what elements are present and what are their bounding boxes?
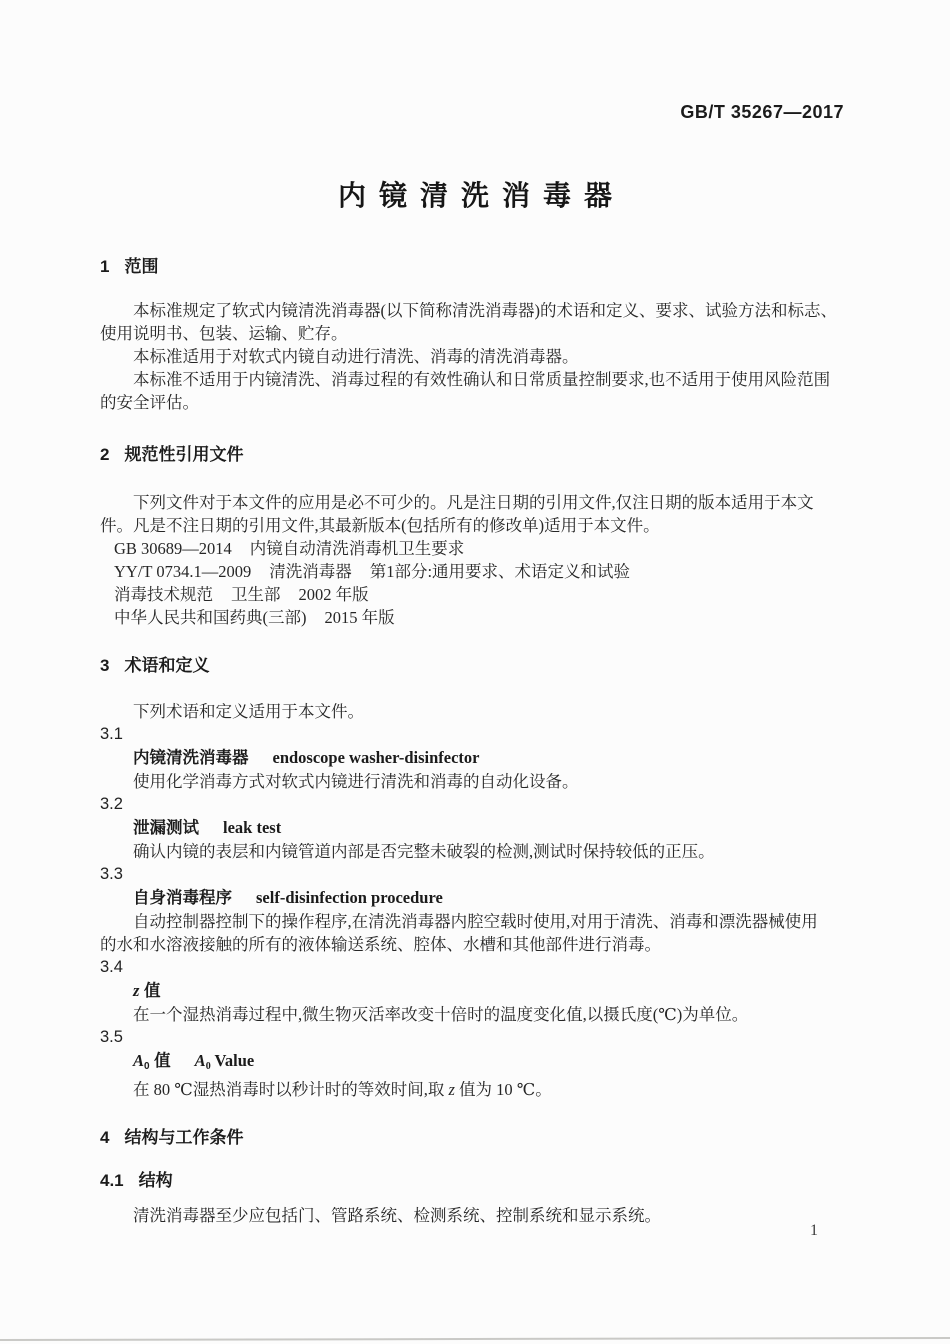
text-run: A xyxy=(195,1051,206,1070)
term-english: leak test xyxy=(223,818,281,837)
paragraph-line: 本标准适用于对软式内镜自动进行清洗、消毒的清洗消毒器。 xyxy=(100,345,860,368)
term-number: 3.4 xyxy=(100,956,860,979)
reference-segment: 清洗消毒器 xyxy=(269,562,352,581)
paragraph-line: 清洗消毒器至少应包括门、管路系统、检测系统、控制系统和显示系统。 xyxy=(100,1204,860,1227)
reference-entry: 消毒技术规范卫生部2002 年版 xyxy=(100,583,860,606)
term-heading: z 值 xyxy=(100,979,860,1003)
section-title: 规范性引用文件 xyxy=(124,445,243,464)
text-run: Value xyxy=(211,1051,255,1070)
reference-entry: GB 30689—2014内镜自动清洗消毒机卫生要求 xyxy=(100,537,860,560)
reference-segment: 第1部分:通用要求、术语定义和试验 xyxy=(370,562,630,581)
section-title: 结构与工作条件 xyxy=(124,1128,243,1147)
term-english: endoscope washer-disinfector xyxy=(273,748,480,767)
page-content: 1范围 本标准规定了软式内镜清洗消毒器(以下简称清洗消毒器)的术语和定义、要求、… xyxy=(100,255,860,1227)
text-run: 内镜清洗消毒器 xyxy=(133,749,249,767)
text-run: 使用化学消毒方式对软式内镜进行清洗和消毒的自动化设备。 xyxy=(133,772,579,791)
term-chinese: 泄漏测试 xyxy=(133,819,199,837)
text-run: endoscope washer-disinfector xyxy=(273,748,480,767)
term-chinese: 自身消毒程序 xyxy=(133,889,232,907)
section-heading: 1范围 xyxy=(100,255,860,278)
section-number: 2 xyxy=(100,445,109,464)
text-run: 泄漏测试 xyxy=(133,819,199,837)
reference-segment: 卫生部 xyxy=(231,585,281,604)
paragraph-line: 本标准规定了软式内镜清洗消毒器(以下简称清洗消毒器)的术语和定义、要求、试验方法… xyxy=(100,299,860,322)
text-run: 值 xyxy=(139,982,160,1000)
term-heading: 内镜清洗消毒器endoscope washer-disinfector xyxy=(100,746,860,770)
standard-code: GB/T 35267—2017 xyxy=(0,0,950,124)
term-definition-line: 自动控制器控制下的操作程序,在清洗消毒器内腔空载时使用,对用于清洗、消毒和漂洗器… xyxy=(100,910,860,933)
section-normative-references: 2规范性引用文件 下列文件对于本文件的应用是必不可少的。凡是注日期的引用文件,仅… xyxy=(100,443,860,629)
reference-segment: YY/T 0734.1—2009 xyxy=(114,562,251,581)
text-run: 确认内镜的表层和内镜管道内部是否完整未破裂的检测,测试时保持较低的正压。 xyxy=(133,842,715,861)
term-definition-line: 使用化学消毒方式对软式内镜进行清洗和消毒的自动化设备。 xyxy=(100,770,860,793)
scope-paragraphs: 本标准规定了软式内镜清洗消毒器(以下简称清洗消毒器)的术语和定义、要求、试验方法… xyxy=(100,299,860,414)
section-number: 4 xyxy=(100,1128,109,1147)
term-english: self-disinfection procedure xyxy=(256,888,443,907)
reference-segment: 2015 年版 xyxy=(325,608,395,627)
section-heading: 2规范性引用文件 xyxy=(100,443,860,466)
paragraph-line: 下列文件对于本文件的应用是必不可少的。凡是注日期的引用文件,仅注日期的版本适用于… xyxy=(100,491,860,514)
term-definition-line: 确认内镜的表层和内镜管道内部是否完整未破裂的检测,测试时保持较低的正压。 xyxy=(100,840,860,863)
subsection-heading: 4.1结构 xyxy=(100,1169,860,1192)
section-number: 1 xyxy=(100,257,109,276)
standard-page: GB/T 35267—2017 内镜清洗消毒器 1范围 本标准规定了软式内镜清洗… xyxy=(0,0,950,1344)
terms-body: 下列术语和定义适用于本文件。 3.1内镜清洗消毒器endoscope washe… xyxy=(100,700,860,1101)
term-heading: A0 值A0 Value xyxy=(100,1049,860,1078)
text-run: 在一个湿热消毒过程中,微生物灭活率改变十倍时的温度变化值,以摄氏度(℃)为单位。 xyxy=(133,1005,748,1024)
text-run: 在 80 ℃湿热消毒时以秒计时的等效时间,取 xyxy=(133,1080,448,1099)
terms-intro: 下列术语和定义适用于本文件。 xyxy=(100,700,860,723)
text-run: 值为 10 ℃。 xyxy=(455,1080,552,1099)
reference-segment: GB 30689—2014 xyxy=(114,539,232,558)
paragraph-line: 使用说明书、包装、运输、贮存。 xyxy=(100,322,860,345)
references-body: 下列文件对于本文件的应用是必不可少的。凡是注日期的引用文件,仅注日期的版本适用于… xyxy=(100,491,860,629)
text-run: 自身消毒程序 xyxy=(133,889,232,907)
page-number: 1 xyxy=(810,1219,818,1242)
term-chinese: 内镜清洗消毒器 xyxy=(133,749,249,767)
term-number: 3.3 xyxy=(100,863,860,886)
paragraph-line: 件。凡是不注日期的引用文件,其最新版本(包括所有的修改单)适用于本文件。 xyxy=(100,514,860,537)
section-structure: 4结构与工作条件 4.1结构 清洗消毒器至少应包括门、管路系统、检测系统、控制系… xyxy=(100,1126,860,1227)
section-title: 术语和定义 xyxy=(124,656,209,675)
term-number: 3.2 xyxy=(100,793,860,816)
reference-segment: 消毒技术规范 xyxy=(114,585,213,604)
text-run: 值 xyxy=(150,1052,171,1070)
term-chinese: A0 值 xyxy=(133,1052,171,1070)
term-heading: 泄漏测试leak test xyxy=(100,816,860,840)
reference-segment: 内镜自动清洗消毒机卫生要求 xyxy=(250,539,465,558)
section-title: 范围 xyxy=(124,257,158,276)
section-terms-definitions: 3术语和定义 下列术语和定义适用于本文件。 3.1内镜清洗消毒器endoscop… xyxy=(100,654,860,1101)
section-heading: 3术语和定义 xyxy=(100,654,860,677)
text-run: 自动控制器控制下的操作程序,在清洗消毒器内腔空载时使用,对用于清洗、消毒和漂洗器… xyxy=(133,912,818,931)
term-definition-line: 在 80 ℃湿热消毒时以秒计时的等效时间,取 z 值为 10 ℃。 xyxy=(100,1078,860,1101)
text-run: 的水和水溶液接触的所有的液体输送系统、腔体、水槽和其他部件进行消毒。 xyxy=(100,935,661,954)
paragraph-line: 的安全评估。 xyxy=(100,391,860,414)
reference-segment: 中华人民共和国药典(三部) xyxy=(114,608,307,627)
document-title: 内镜清洗消毒器 xyxy=(0,178,950,214)
text-run: self-disinfection procedure xyxy=(256,888,443,907)
term-number: 3.5 xyxy=(100,1026,860,1049)
term-number: 3.1 xyxy=(100,723,860,746)
paragraph-line: 本标准不适用于内镜清洗、消毒过程的有效性确认和日常质量控制要求,也不适用于使用风… xyxy=(100,368,860,391)
term-heading: 自身消毒程序self-disinfection procedure xyxy=(100,886,860,910)
term-definition-line: 在一个湿热消毒过程中,微生物灭活率改变十倍时的温度变化值,以摄氏度(℃)为单位。 xyxy=(100,1003,860,1026)
term-chinese: z 值 xyxy=(133,982,161,1000)
reference-segment: 2002 年版 xyxy=(299,585,369,604)
text-run: leak test xyxy=(223,818,281,837)
reference-entry: 中华人民共和国药典(三部)2015 年版 xyxy=(100,606,860,629)
terms-list: 3.1内镜清洗消毒器endoscope washer-disinfector使用… xyxy=(100,723,860,1101)
reference-entry: YY/T 0734.1—2009清洗消毒器第1部分:通用要求、术语定义和试验 xyxy=(100,560,860,583)
subsection-number: 4.1 xyxy=(100,1171,124,1190)
subsection-title: 结构 xyxy=(139,1171,173,1190)
scan-edge-line xyxy=(0,1337,950,1341)
section-scope: 1范围 本标准规定了软式内镜清洗消毒器(以下简称清洗消毒器)的术语和定义、要求、… xyxy=(100,255,860,414)
section-heading: 4结构与工作条件 xyxy=(100,1126,860,1149)
term-english: A0 Value xyxy=(195,1051,255,1070)
section-number: 3 xyxy=(100,656,109,675)
term-definition-line: 的水和水溶液接触的所有的液体输送系统、腔体、水槽和其他部件进行消毒。 xyxy=(100,933,860,956)
text-run: A xyxy=(133,1051,144,1070)
